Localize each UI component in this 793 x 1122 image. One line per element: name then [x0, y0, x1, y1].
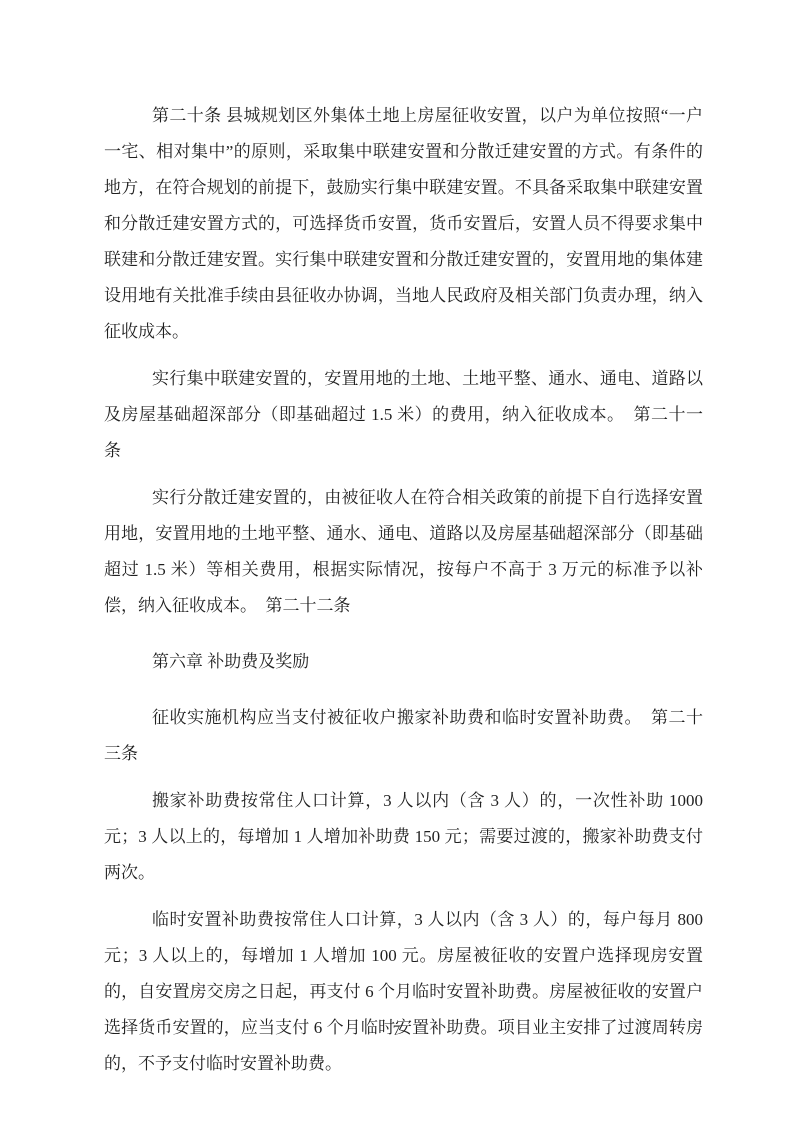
paragraph-subsidy-obligation: 征收实施机构应当支付被征收户搬家补助费和临时安置补助费。 第二十三条 — [104, 700, 703, 772]
document-page: 第二十条 县城规划区外集体土地上房屋征收安置，以户为单位按照“一户一宅、相对集中… — [0, 0, 793, 1122]
paragraph-temporary-resettlement-subsidy: 临时安置补助费按常住人口计算，3 人以内（含 3 人）的，每户每月 800 元；… — [104, 902, 703, 1082]
document-body: 第二十条 县城规划区外集体土地上房屋征收安置，以户为单位按照“一户一宅、相对集中… — [104, 98, 703, 1082]
paragraph-moving-subsidy: 搬家补助费按常住人口计算，3 人以内（含 3 人）的，一次性补助 1000 元；… — [104, 783, 703, 891]
chapter-heading: 第六章 补助费及奖励 — [104, 644, 703, 680]
paragraph-scattered-relocation-costs: 实行分散迁建安置的，由被征收人在符合相关政策的前提下自行选择安置用地，安置用地的… — [104, 480, 703, 624]
page-number: 7 — [0, 1024, 793, 1039]
paragraph-collective-build-costs: 实行集中联建安置的，安置用地的土地、土地平整、通水、通电、道路以及房屋基础超深部… — [104, 361, 703, 469]
paragraph-article-20: 第二十条 县城规划区外集体土地上房屋征收安置，以户为单位按照“一户一宅、相对集中… — [104, 98, 703, 350]
